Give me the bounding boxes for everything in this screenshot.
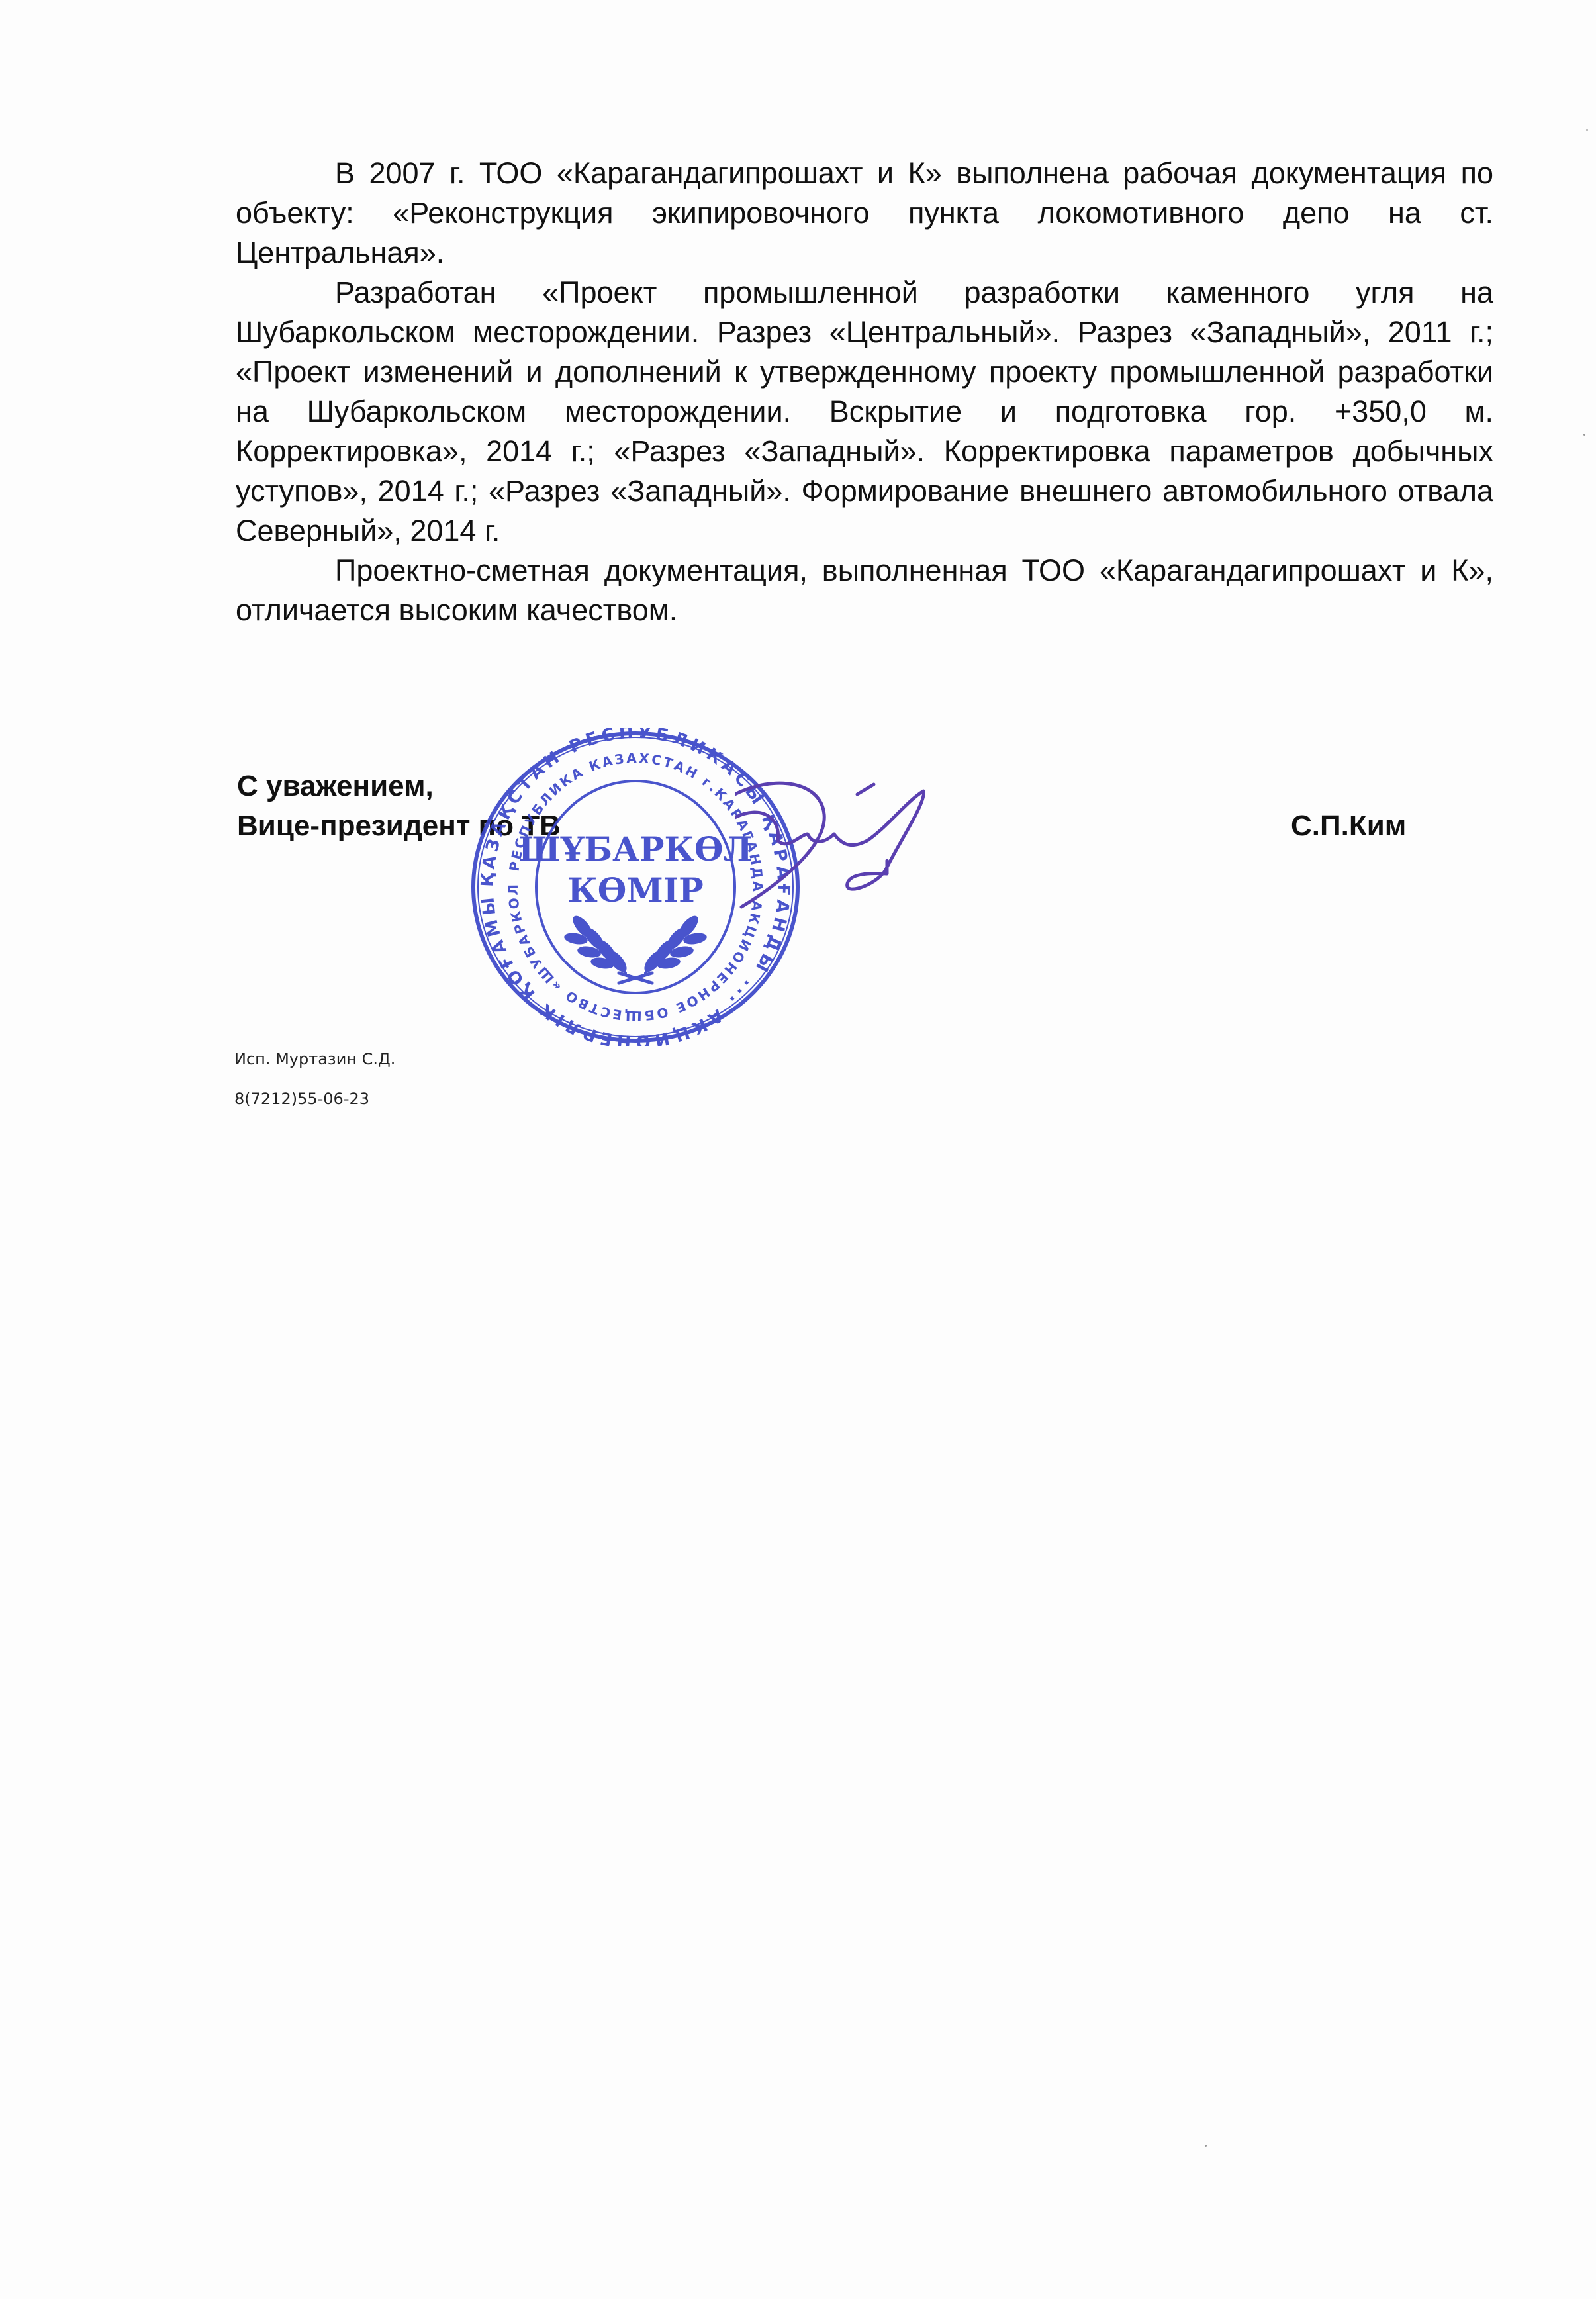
laurel-icon bbox=[563, 913, 708, 983]
executor-name: Исп. Муртазин С.Д. bbox=[234, 1039, 395, 1079]
paragraph-quality-statement: Проектно-сметная документация, выполненн… bbox=[236, 551, 1493, 630]
paragraph-projects-developed: Разработан «Проект промышленной разработ… bbox=[236, 273, 1493, 551]
signer-name: С.П.Ким bbox=[1291, 806, 1406, 846]
letter-page: В 2007 г. ТОО «Карагандагипрошахт и К» в… bbox=[0, 0, 1596, 2299]
stamp-title-line1: ШҰБАРКӨЛ bbox=[518, 829, 752, 868]
letter-body: В 2007 г. ТОО «Карагандагипрошахт и К» в… bbox=[236, 154, 1493, 630]
scan-speck bbox=[1586, 129, 1588, 131]
paragraph-documentation-2007: В 2007 г. ТОО «Карагандагипрошахт и К» в… bbox=[236, 154, 1493, 273]
scan-speck bbox=[1583, 434, 1585, 436]
executor-phone: 8(7212)55-06-23 bbox=[234, 1079, 395, 1119]
handwritten-signature bbox=[735, 755, 973, 914]
stamp-title-line2: КӨМІР bbox=[567, 870, 703, 910]
footer-contact: Исп. Муртазин С.Д. 8(7212)55-06-23 bbox=[234, 1039, 395, 1119]
scan-speck bbox=[1205, 2145, 1207, 2147]
